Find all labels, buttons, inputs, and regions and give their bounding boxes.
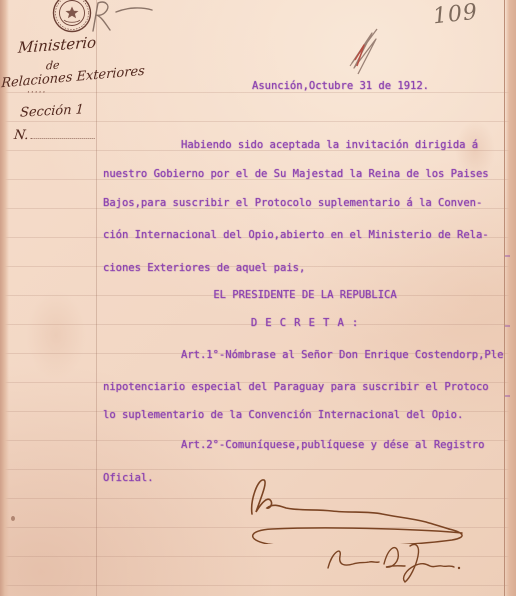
article-1-line: lo suplementario de la Convención Intern… <box>103 409 507 422</box>
ink-bleed-mark <box>505 325 510 327</box>
ink-bleed-mark <box>505 395 510 397</box>
folio-number: 109 <box>432 0 479 29</box>
handwritten-r-dash-icon <box>86 0 158 40</box>
signature-minister-icon <box>318 538 463 588</box>
article-1-line: nipotenciario especial del Paraguay para… <box>103 381 507 394</box>
body-line: ciones Exteriores de aquel pais, <box>103 262 507 275</box>
body-line: nuestro Gobierno por el de Su Majestad l… <box>103 168 507 181</box>
left-margin-line <box>96 0 97 596</box>
dateline: Asunción,Octubre 31 de 1912. <box>252 80 429 93</box>
signature-president-icon <box>238 470 473 548</box>
number-label: N. <box>13 128 29 143</box>
ink-bleed-mark <box>505 255 510 257</box>
heading-decreta: D E C R E T A : <box>103 317 507 330</box>
article-1-line: Art.1°-Nómbrase al Señor Don Enrique Cos… <box>103 349 516 362</box>
letterhead-ministry-line1: Ministerio <box>17 33 96 57</box>
heading-president: EL PRESIDENTE DE LA REPUBLICA <box>103 289 507 302</box>
article-2-line: Art.2°-Comuníquese,publíquese y dése al … <box>103 439 516 452</box>
letterhead-flourish: ····· <box>27 88 46 98</box>
body-line: Bajos,para suscribir el Protocolo suplem… <box>103 197 507 210</box>
decree-document-page: Ministerio de Relaciones Exteriores ····… <box>0 0 516 596</box>
letterhead-section-line: Sección 1 <box>20 102 85 120</box>
body-line: Habiendo sido aceptada la invitación dir… <box>103 139 516 152</box>
letterhead-number-line: N. <box>13 128 95 143</box>
ink-speck <box>11 516 15 521</box>
paper-stain <box>26 290 86 380</box>
body-line: ción Internacional del Opio,abierto en e… <box>103 229 507 242</box>
pencil-scribble-icon <box>337 23 385 83</box>
letterhead-ministry-line3: Relaciones Exteriores <box>1 64 145 92</box>
dotted-leader <box>30 128 95 139</box>
